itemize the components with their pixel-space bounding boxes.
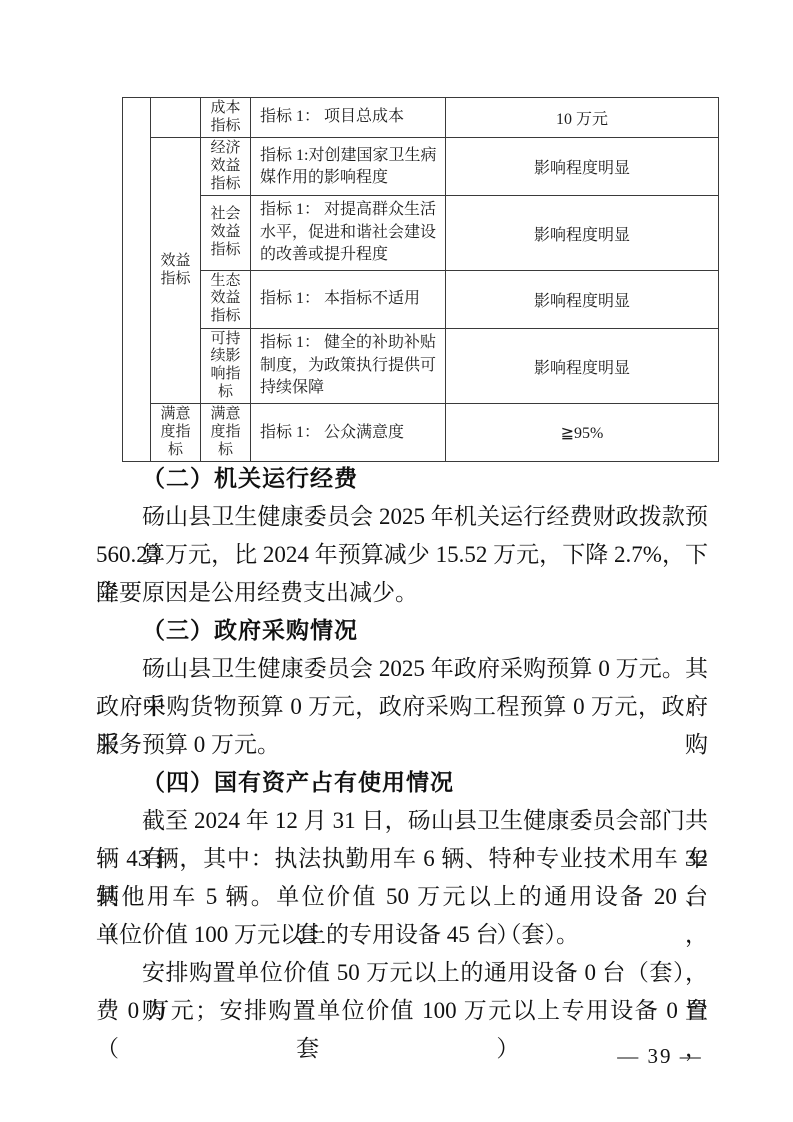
body-line: 费 0 万元；安排购置单位价值 100 万元以上专用设备 0 台（套）， <box>96 992 708 1030</box>
document-page: 成本指标 指标 1： 项目总成本 10 万元 效益指标 经济效益指标 指标 1:… <box>0 0 793 1122</box>
table-cell-indicator: 指标 1： 对提高群众生活水平，促进和谐社会建设的改善或提升程度 <box>251 196 446 270</box>
document-body: （二）机关运行经费 砀山县卫生健康委员会 2025 年机关运行经费财政拨款预算 … <box>96 460 708 1030</box>
body-line: 辆 43 辆，其中：执法执勤用车 6 辆、特种专业技术用车 32 辆、 <box>96 840 708 878</box>
table-row: 成本指标 指标 1： 项目总成本 10 万元 <box>123 98 719 138</box>
section-heading-state-assets: （四）国有资产占有使用情况 <box>96 764 708 802</box>
table-cell-value: ≧95% <box>446 404 719 462</box>
body-line: 砀山县卫生健康委员会 2025 年机关运行经费财政拨款预算 <box>96 498 708 536</box>
table-cell-value: 影响程度明显 <box>446 270 719 328</box>
table-row: 生态效益指标 指标 1： 本指标不适用 影响程度明显 <box>123 270 719 328</box>
table-cell-indicator: 指标 1： 健全的补助补贴制度，为政策执行提供可持续保障 <box>251 328 446 404</box>
table-cell-indicator: 指标 1:对创建国家卫生病媒作用的影响程度 <box>251 138 446 196</box>
body-line: 主要原因是公用经费支出减少。 <box>96 574 708 612</box>
table-cell-indicator: 指标 1： 项目总成本 <box>251 98 446 138</box>
table-cell-value: 10 万元 <box>446 98 719 138</box>
table-cell-value: 影响程度明显 <box>446 328 719 404</box>
table-row: 可持续影响指标 指标 1： 健全的补助补贴制度，为政策执行提供可持续保障 影响程… <box>123 328 719 404</box>
table-row: 社会效益指标 指标 1： 对提高群众生活水平，促进和谐社会建设的改善或提升程度 … <box>123 196 719 270</box>
table-cell-category: 社会效益指标 <box>201 196 251 270</box>
table-row: 满意度指标 满意度指标 指标 1： 公众满意度 ≧95% <box>123 404 719 462</box>
body-line: 截至 2024 年 12 月 31 日，砀山县卫生健康委员会部门共有车 <box>96 802 708 840</box>
table-cell-category: 可持续影响指标 <box>201 328 251 404</box>
body-line: 其他用车 5 辆。单位价值 50 万元以上的通用设备 20 台（套）， <box>96 878 708 916</box>
table-cell-value: 影响程度明显 <box>446 196 719 270</box>
section-heading-agency-operating-expenses: （二）机关运行经费 <box>96 460 708 498</box>
table-cell-category: 成本指标 <box>201 98 251 138</box>
table-cell-group-satisfaction: 满意度指标 <box>151 404 201 462</box>
page-number: — 39 — <box>600 1044 720 1069</box>
table-cell-indicator: 指标 1： 公众满意度 <box>251 404 446 462</box>
table-cell-group-benefit: 效益指标 <box>151 138 201 404</box>
section-heading-government-procurement: （三）政府采购情况 <box>96 612 708 650</box>
table-cell-category: 经济效益指标 <box>201 138 251 196</box>
table-cell-value: 影响程度明显 <box>446 138 719 196</box>
body-line: 政府采购货物预算 0 万元，政府采购工程预算 0 万元，政府采购 <box>96 688 708 726</box>
table-cell-outer-spacer <box>123 98 151 462</box>
table-cell-indicator: 指标 1： 本指标不适用 <box>251 270 446 328</box>
performance-indicators-table: 成本指标 指标 1： 项目总成本 10 万元 效益指标 经济效益指标 指标 1:… <box>122 97 719 462</box>
table-cell-category: 满意度指标 <box>201 404 251 462</box>
table-cell-category: 生态效益指标 <box>201 270 251 328</box>
table-row: 效益指标 经济效益指标 指标 1:对创建国家卫生病媒作用的影响程度 影响程度明显 <box>123 138 719 196</box>
body-line: 砀山县卫生健康委员会 2025 年政府采购预算 0 万元。其中： <box>96 650 708 688</box>
body-line: 安排购置单位价值 50 万元以上的通用设备 0 台（套），购置 <box>96 954 708 992</box>
table-cell-group-empty <box>151 98 201 138</box>
body-line: 560.23 万元，比 2024 年预算减少 15.52 万元，下降 2.7%，… <box>96 536 708 574</box>
